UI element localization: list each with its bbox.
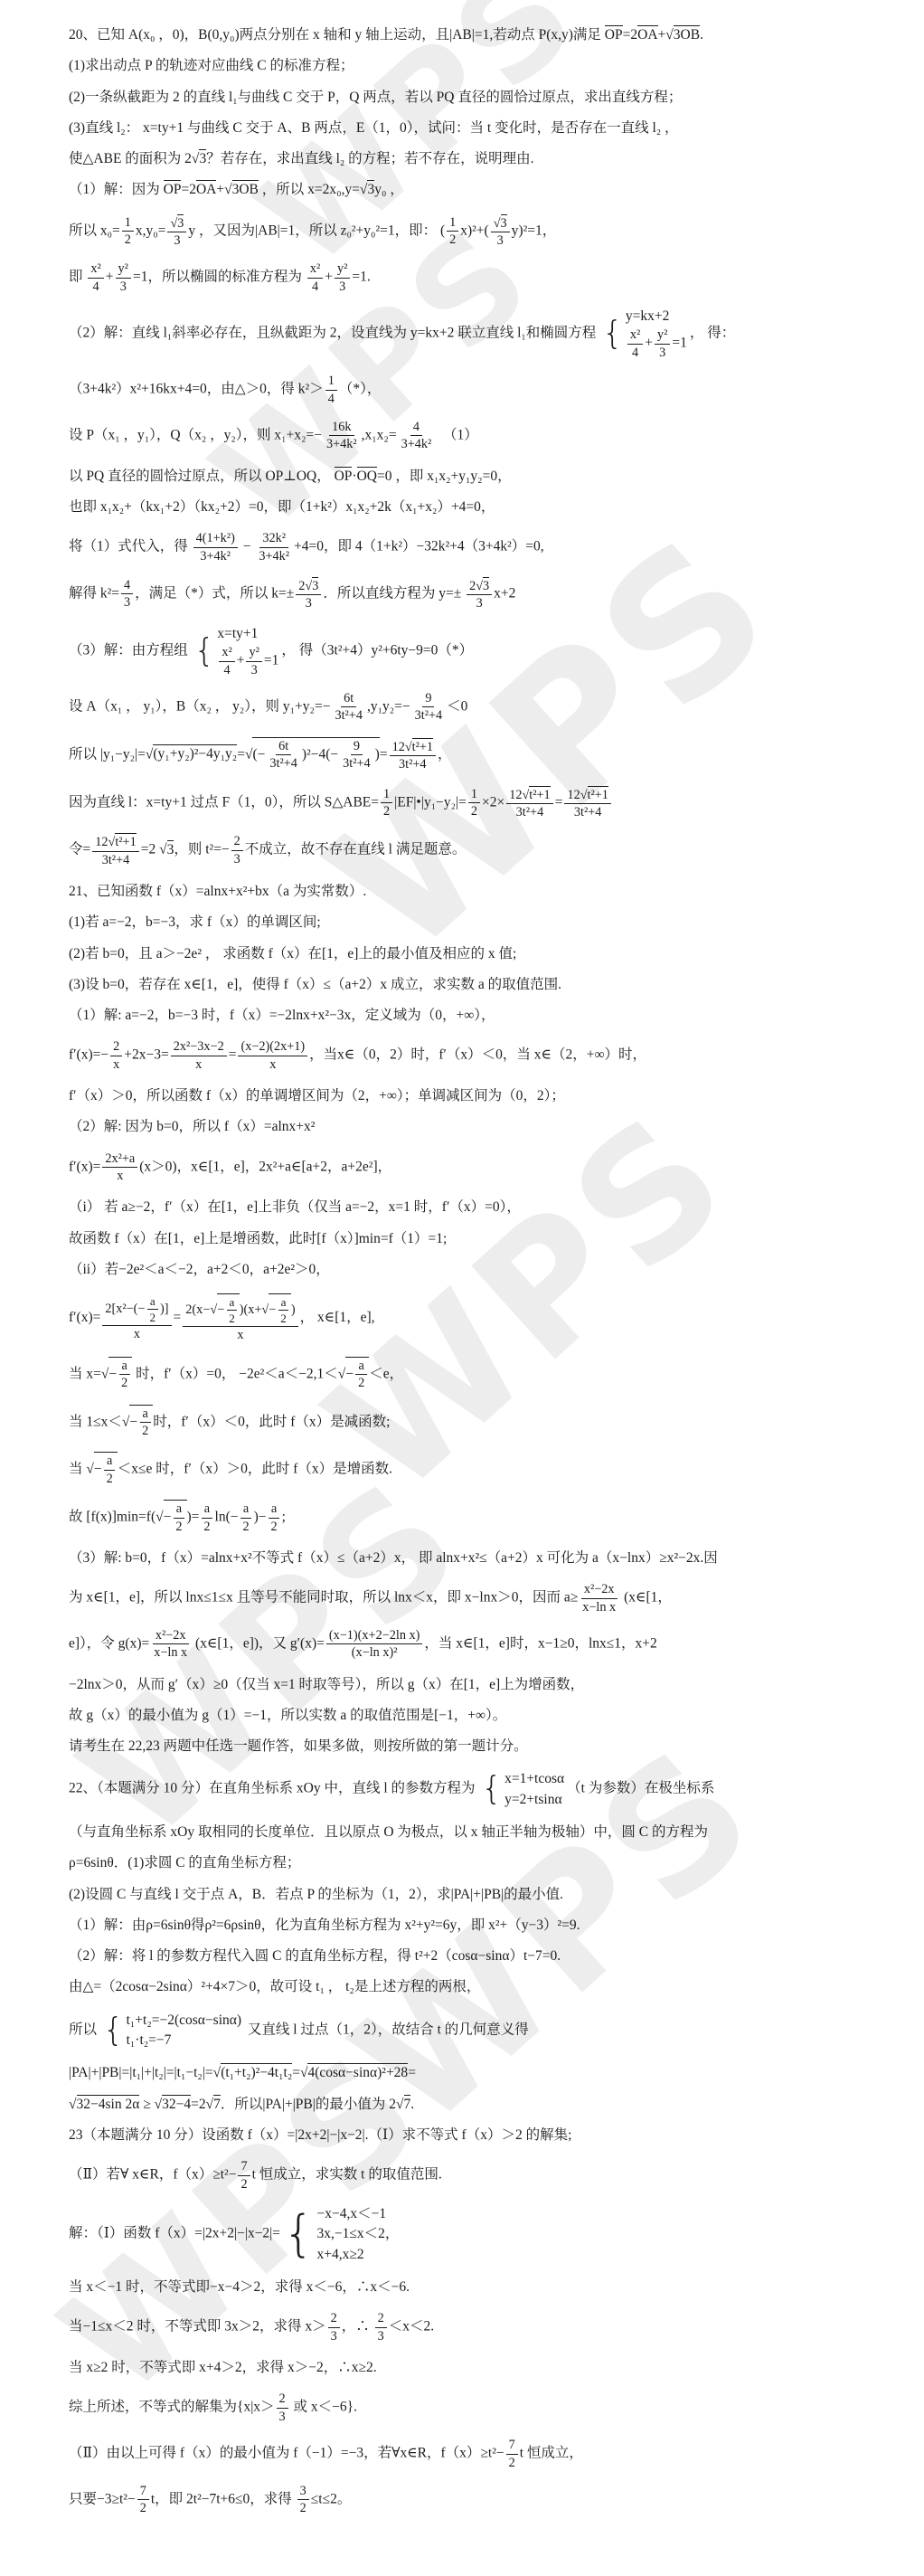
document-page-root: { "watermark": { "text": "WPS", "color":… [0,0,924,2576]
doc-line-16: （3）解：由方程组 {x=ty+1x²4+y²3=1， 得（3t²+4）y²+6… [69,625,911,677]
doc-line-44: 22、（本题满分 10 分）在直角坐标系 xOy 中，直线 l 的参数方程为 {… [69,1770,911,1808]
doc-line-10: （3+4k²）x²+16kx+4=0，由△＞0，得 k²＞14（*）， [69,374,911,406]
doc-line-42: 故 g（x）的最小值为 g（1）=−1，所以实数 a 的取值范围是[−1，+∞）… [69,1705,911,1726]
doc-line-17: 设 A（x₁ ， y₁），B（x₂ ， y₂），则 y₁+y₂=−6t3t²+4… [69,691,911,724]
doc-line-56: 解：（Ⅰ）函数 f（x）=|2x+2|−|x−2|={−x−4,x＜−13x,−… [69,2205,911,2263]
doc-line-18: 所以 |y₁−y₂|=√(y₁+y₂)²−4y₁y₂=√(−6t3t²+4)²−… [69,737,911,772]
doc-line-2: (1)求出动点 P 的轨迹对应曲线 C 的标准方程； [69,55,911,76]
doc-line-20: 令=12√t²+13t²+4=2 √3，则 t²=−23不成立，故不存在直线 l… [69,833,911,867]
doc-line-34: 当 x=√−a2 时，f′（x）=0， −2e²＜a＜−2,1＜√−a2＜e， [69,1357,911,1391]
doc-line-8: 即 x²4+y²3=1，所以椭圆的标准方程为 x²4+y²3=1. [69,261,911,294]
doc-line-43: 请考生在 22,23 两题中任选一题作答，如果多做，则按所做的第一题计分。 [69,1736,911,1757]
doc-line-19: 因为直线 l：x=ty+1 过点 F（1，0），所以 S△ABE=12|EF|•… [69,786,911,820]
doc-line-54: 23（本题满分 10 分）设函数 f（x）=|2x+2|−|x−2|.（Ⅰ）求不… [69,2125,911,2145]
doc-line-52: |PA|+|PB|=|t₁|+|t₂|=|t₁−t₂|=√(t₁+t₂)²−4t… [69,2062,911,2083]
doc-line-36: 当 √−a2＜x≤e 时，f′（x）＞0，此时 f（x）是增函数. [69,1452,911,1486]
doc-line-48: （1）解：由ρ=6sinθ得ρ²=6ρsinθ，化为直角坐标方程为 x²+y²=… [69,1915,911,1936]
doc-line-1: 20、已知 A(x₀ ，0)，B(0,y₀)两点分别在 x 轴和 y 轴上运动，… [69,24,911,45]
doc-line-31: 故函数 f（x）在[1，e]上是增函数，此时[f（x）]min=f（1）=1; [69,1228,911,1249]
doc-line-11: 设 P（x₁ ，y₁），Q（x₂ ，y₂），则 x₁+x₂=−16k3+4k²,… [69,420,911,452]
doc-line-30: （i） 若 a≥−2，f′（x）在[1，e]上非负（仅当 a=−2，x=1 时，… [69,1197,911,1217]
doc-line-28: （2）解: 因为 b=0，所以 f（x）=alnx+x² [69,1116,911,1137]
doc-line-15: 解得 k²=43，满足（*）式，所以 k=±2√33．所以直线方程为 y=± 2… [69,577,911,611]
doc-line-53: √32−4sin 2α ≥ √32−4=2√7．所以|PA|+|PB|的最小值为… [69,2094,911,2115]
doc-line-6: （1）解：因为 OP=2OA+√3OB ，所以 x=2x₀,y=√3y₀ ， [69,179,911,200]
doc-line-9: （2）解：直线 l₁斜率必存在，且纵截距为 2，设直线为 y=kx+2 联立直线… [69,308,911,360]
doc-line-33: f′(x)=2[x²−(−a2)]x=2(x−√−a2)(x+√−a2)x， x… [69,1293,911,1343]
doc-line-45: （与直角坐标系 xOy 取相同的长度单位．且以原点 O 为极点，以 x 轴正半轴… [69,1822,911,1842]
doc-line-29: f′(x)=2x²+ax(x＞0)，x∈[1，e]，2x²+a∈[a+2，a+2… [69,1151,911,1184]
doc-line-23: (2)若 b=0，且 a＞−2e² ， 求函数 f（x）在[1，e]上的最小值及… [69,943,911,964]
doc-line-5: 使△ABE 的面积为 2√3？若存在，求出直线 l₂ 的方程；若不存在，说明理由… [69,148,911,169]
doc-line-38: （3）解: b=0，f（x）=alnx+x²不等式 f（x）≤（a+2）x， 即… [69,1548,911,1568]
doc-line-61: （Ⅱ）由以上可得 f（x）的最小值为 f（−1）=−3，若∀x∈R，f（x）≥t… [69,2438,911,2470]
doc-line-58: 当−1≤x＜2 时，不等式即 3x＞2，求得 x＞23，∴ 23＜x＜2. [69,2311,911,2344]
doc-line-25: （1）解: a=−2，b=−3 时，f（x）=−2lnx+x²−3x，定义域为（… [69,1005,911,1026]
doc-line-21: 21、已知函数 f（x）=alnx+x²+bx（a 为实常数）. [69,881,911,902]
doc-line-27: f′（x）＞0，所以函数 f（x）的单调增区间为（2，+∞）；单调减区间为（0，… [69,1085,911,1106]
doc-line-12: 以 PQ 直径的圆恰过原点，所以 OP⊥OQ， OP·OQ=0 ，即 x₁x₂+… [69,466,911,487]
doc-line-14: 将（1）式代入，得 4(1+k²)3+4k² − 32k²3+4k²+4=0，即… [69,531,911,563]
doc-line-60: 综上所述，不等式的解集为{x|x＞23 或 x＜−6}. [69,2391,911,2424]
doc-line-26: f′(x)=−2x+2x−3=2x²−3x−2x=(x−2)(2x+1)x，当x… [69,1039,911,1072]
doc-line-55: （Ⅱ）若∀ x∈R，f（x）≥t²−72t 恒成立，求实数 t 的取值范围. [69,2159,911,2192]
doc-line-35: 当 1≤x＜√−a2时，f′（x）＜0，此时 f（x）是减函数; [69,1405,911,1439]
doc-body: 20、已知 A(x₀ ，0)，B(0,y₀)两点分别在 x 轴和 y 轴上运动，… [0,0,924,2537]
doc-line-7: 所以 x₀=12x,y₀=√33y ，又因为|AB|=1，所以 z₀²+y₀²=… [69,214,911,249]
doc-line-62: 只要−3≥t²−72t，即 2t²−7t+6≤0，求得 32≤t≤2。 [69,2484,911,2516]
doc-line-3: (2)一条纵截距为 2 的直线 l₁与曲线 C 交于 P，Q 两点，若以 PQ … [69,87,911,108]
doc-line-46: ρ=6sinθ．(1)求圆 C 的直角坐标方程； [69,1852,911,1873]
doc-line-59: 当 x≥2 时，不等式即 x+4＞2，求得 x＞−2，∴x≥2. [69,2357,911,2378]
doc-line-24: (3)设 b=0，若存在 x∈[1，e]，使得 f（x）≤（a+2）x 成立，求… [69,974,911,995]
doc-line-47: (2)设圆 C 与直线 l 交于点 A，B．若点 P 的坐标为（1，2），求|P… [69,1884,911,1905]
doc-line-32: （ii）若−2e²＜a＜−2，a+2＜0，a+2e²＞0， [69,1259,911,1280]
doc-line-41: −2lnx＞0，从而 g′（x）≥0（仅当 x=1 时取等号），所以 g（x）在… [69,1674,911,1695]
doc-line-57: 当 x＜−1 时，不等式即−x−4＞2，求得 x＜−6，∴x＜−6. [69,2277,911,2297]
doc-line-50: 由△=（2cosα−2sinα）²+4×7＞0，故可设 t₁ ， t₂是上述方程… [69,1976,911,1997]
doc-line-37: 故 [f(x)]min=f(√−a2)=a2ln(−a2)−a2; [69,1500,911,1534]
doc-line-49: （2）解：将 l 的参数方程代入圆 C 的直角坐标方程，得 t²+2（cosα−… [69,1946,911,1966]
doc-line-51: 所以 {t₁+t₂=−2(cosα−sinα)t₁·t₂=−7 又直线 l 过点… [69,2012,911,2050]
doc-line-22: (1)若 a=−2，b=−3，求 f（x）的单调区间; [69,912,911,933]
doc-line-40: e]），令 g(x)=x²−2xx−ln x (x∈[1，e])，又 g′(x)… [69,1628,911,1661]
doc-line-39: 为 x∈[1，e]，所以 lnx≤1≤x 且等号不能同时取，所以 lnx＜x，即… [69,1582,911,1615]
doc-line-13: 也即 x₁x₂+（kx₁+2）（kx₂+2）=0，即（1+k²）x₁x₂+2k（… [69,497,911,517]
doc-line-4: (3)直线 l₂： x=ty+1 与曲线 C 交于 A、B 两点，E（1，0），… [69,118,911,138]
